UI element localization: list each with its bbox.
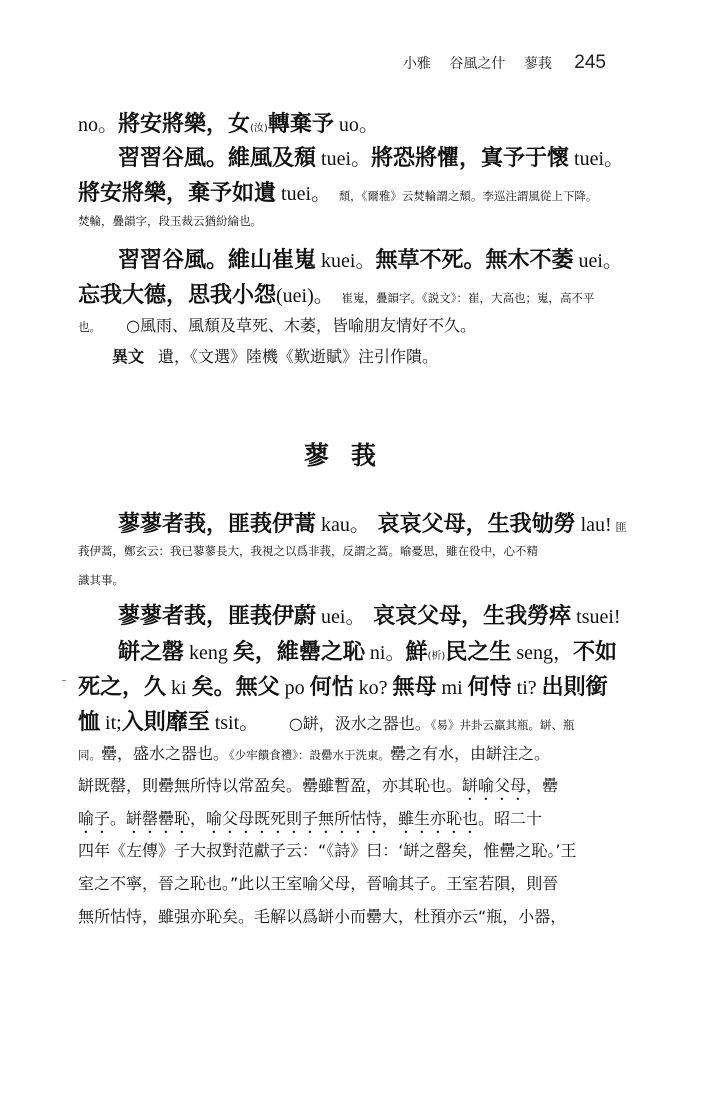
romanization: uei。 bbox=[316, 606, 365, 628]
variant-text: 遺，《文選》陸機《歎逝賦》注引作隤。 bbox=[158, 347, 438, 366]
commentary: ○缾，汲水之器也。 bbox=[289, 714, 431, 733]
page-number: 245 bbox=[574, 52, 606, 73]
romanization: ko? bbox=[354, 677, 393, 699]
verse-line: 習習谷風。維風及頹 tuei。將恐將懼，寘予于懷 tuei。 bbox=[118, 141, 624, 172]
verse-line: 死之，久 ki 矣。無父 po 何怙 ko? 無母 mi 何恃 ti? 出則銜 bbox=[78, 670, 608, 701]
verse-text: 缾之罄 bbox=[118, 639, 184, 665]
romanization: lau! bbox=[576, 514, 612, 536]
variant-text-line: 異文遺，《文選》陸機《歎逝賦》注引作隤。 bbox=[112, 344, 438, 367]
romanization: ni。 bbox=[365, 642, 406, 664]
verse-text: 矣。無父 bbox=[192, 674, 280, 700]
romanization: it; bbox=[100, 712, 122, 734]
commentary: 罍之有水，由缾注之。 bbox=[390, 744, 550, 763]
verse-text: 何恃 bbox=[468, 674, 512, 700]
annotation: 匪 bbox=[612, 520, 627, 534]
romanization: tuei。 bbox=[276, 183, 331, 205]
verse-text: 何怙 bbox=[310, 674, 354, 700]
verse-text: 恤 bbox=[78, 709, 100, 735]
header-section: 小雅 bbox=[403, 56, 431, 72]
annotation: 同。 bbox=[78, 748, 101, 762]
annotation-line: 識其事。 bbox=[78, 572, 124, 588]
romanization: (uei)。 bbox=[276, 285, 334, 307]
romanization: ti? bbox=[512, 677, 542, 699]
romanization: seng， bbox=[511, 642, 573, 664]
commentary: 罍，盛水之器也。 bbox=[101, 744, 229, 763]
running-header: 小雅 谷風之什 蓼莪 245 bbox=[0, 52, 606, 74]
annotation: 《少牢饋食禮》：設罍水于洗東。 bbox=[229, 748, 390, 762]
commentary: 缾既罄，則罍無所恃以常盈矣。罍雖暫盈，亦其恥也。 bbox=[78, 776, 462, 795]
verse-text: 將安將樂，女 bbox=[118, 111, 250, 137]
gloss: (汝) bbox=[250, 123, 268, 134]
annotation: 頹，《爾雅》云焚輪謂之頹。李巡注謂風從上下降。 bbox=[339, 189, 598, 203]
annotation-line: 也。 ○風雨、風頹及草死、木萎，皆喻朋友情好不久。 bbox=[78, 313, 476, 336]
verse-line: 將安將樂，棄予如遺 tuei。 頹，《爾雅》云焚輪謂之頹。李巡注謂風從上下降。 bbox=[78, 176, 597, 207]
annotation-line: 莪伊蒿，鄭玄云：我已蓼蓼長大，我視之以爲非莪，反謂之蒿。喻憂思，雖在役中，心不精 bbox=[78, 543, 538, 559]
romanization: kuei。 bbox=[316, 250, 375, 272]
verse-text: 矣，維罍之恥 bbox=[233, 639, 365, 665]
verse-text: 死之，久 bbox=[78, 674, 166, 700]
verse-text: 出則銜 bbox=[542, 674, 608, 700]
verse-line: 恤 it;入則靡至 tsit。 ○缾，汲水之器也。《易》井卦云羸其瓶。缾、瓶 bbox=[78, 705, 575, 736]
poem-title: 蓼莪 bbox=[0, 436, 702, 472]
emphasized-text: 缾喻父母 bbox=[462, 776, 526, 795]
romanization: tsit。 bbox=[210, 712, 259, 734]
gloss: (析) bbox=[428, 651, 446, 662]
romanization: ki bbox=[166, 677, 192, 699]
verse-line: 蓼蓼者莪，匪莪伊蔚 uei。 哀哀父母，生我勞瘁 tsuei! bbox=[118, 599, 621, 630]
romanization: no。 bbox=[78, 114, 118, 136]
header-poem: 蓼莪 bbox=[524, 56, 552, 72]
romanization: tsuei! bbox=[571, 606, 620, 628]
verse-text: 無母 bbox=[393, 674, 437, 700]
header-chapter: 谷風之什 bbox=[449, 56, 505, 72]
commentary-line: 四年《左傳》子大叔對范獻子云：“《詩》曰：‘缾之罄矣，惟罍之恥。’王 bbox=[78, 838, 576, 861]
romanization: mi bbox=[437, 677, 468, 699]
verse-text: 民之生 bbox=[445, 639, 511, 665]
verse-text: 將恐將懼，寘予于懷 bbox=[371, 145, 569, 171]
commentary-line: 無所怙恃，雖强亦恥矣。毛解以爲缾小而罍大，杜預亦云“瓶，小器， bbox=[78, 904, 566, 927]
commentary: ○風雨、風頹及草死、木萎，皆喻朋友情好不久。 bbox=[126, 316, 476, 335]
commentary-line: 喻子。缾罄罍恥，喻父母既死則子無所怙恃，雖生亦恥也。昭二十 bbox=[78, 806, 542, 837]
verse-text: 蓼蓼者莪，匪莪伊蔚 bbox=[118, 603, 316, 629]
commentary-line: 室之不寧，晉之恥也。”此以王室喻父母，晉喻其子。王室若隕，則晉 bbox=[78, 871, 558, 894]
annotation-line: 焚輪，疊韻字，段玉裁云猶紛綸也。 bbox=[78, 213, 262, 229]
commentary: 。昭二十 bbox=[478, 809, 542, 828]
annotation: 也。 bbox=[78, 320, 101, 334]
margin-mark bbox=[62, 680, 66, 681]
romanization: tuei。 bbox=[569, 148, 624, 170]
commentary: 。 bbox=[110, 809, 126, 828]
verse-text: 習習谷風。維風及頹 bbox=[118, 145, 316, 171]
annotation: 《易》井卦云羸其瓶。缾、瓶 bbox=[431, 718, 575, 732]
emphasized-text: 缾罄罍恥，喻父母既死則子無所怙恃，雖生亦恥也 bbox=[126, 809, 478, 828]
verse-text: 將安將樂，棄予如遺 bbox=[78, 180, 276, 206]
verse-text: 蓼蓼者莪，匪莪伊蒿 bbox=[118, 511, 316, 537]
commentary-line: 同。罍，盛水之器也。《少牢饋食禮》：設罍水于洗東。罍之有水，由缾注之。 bbox=[78, 741, 550, 764]
verse-text: 鮮 bbox=[405, 639, 427, 665]
verse-text: 入則靡至 bbox=[122, 709, 210, 735]
annotation: 崔嵬，疊韻字。《説文》：崔，大高也；嵬，高不平 bbox=[341, 291, 594, 305]
romanization: uei。 bbox=[573, 250, 622, 272]
commentary: ，罍 bbox=[526, 776, 558, 795]
variant-label: 異文 bbox=[112, 347, 144, 366]
verse-text: 不如 bbox=[573, 639, 617, 665]
verse-line: 習習谷風。維山崔嵬 kuei。無草不死。無木不萎 uei。 bbox=[118, 243, 623, 274]
commentary-line: 缾既罄，則罍無所恃以常盈矣。罍雖暫盈，亦其恥也。缾喻父母，罍 bbox=[78, 773, 558, 804]
verse-line: 蓼蓼者莪，匪莪伊蒿 kau。 哀哀父母，生我劬勞 lau! 匪 bbox=[118, 507, 627, 538]
verse-line: 缾之罄 keng 矣，維罍之恥 ni。鮮(析)民之生 seng，不如 bbox=[118, 635, 617, 666]
book-page: 小雅 谷風之什 蓼莪 245 no。將安將樂，女(汝)轉棄予 uo。 習習谷風。… bbox=[0, 0, 702, 1110]
verse-text: 忘我大德，思我小怨 bbox=[78, 282, 276, 308]
verse-text: 習習谷風。維山崔嵬 bbox=[118, 247, 316, 273]
romanization: po bbox=[280, 677, 310, 699]
romanization: keng bbox=[184, 642, 233, 664]
verse-text: 無草不死。無木不萎 bbox=[375, 247, 573, 273]
romanization: uo。 bbox=[334, 114, 379, 136]
verse-text: 哀哀父母，生我劬勞 bbox=[378, 511, 576, 537]
verse-line: no。將安將樂，女(汝)轉棄予 uo。 bbox=[78, 107, 379, 138]
emphasized-text: 喻子 bbox=[78, 809, 110, 828]
romanization: kau。 bbox=[316, 514, 370, 536]
verse-text: 哀哀父母，生我勞瘁 bbox=[373, 603, 571, 629]
verse-text: 轉棄予 bbox=[268, 111, 334, 137]
romanization: tuei。 bbox=[316, 148, 371, 170]
verse-line: 忘我大德，思我小怨(uei)。 崔嵬，疊韻字。《説文》：崔，大高也；嵬，高不平 bbox=[78, 278, 594, 309]
